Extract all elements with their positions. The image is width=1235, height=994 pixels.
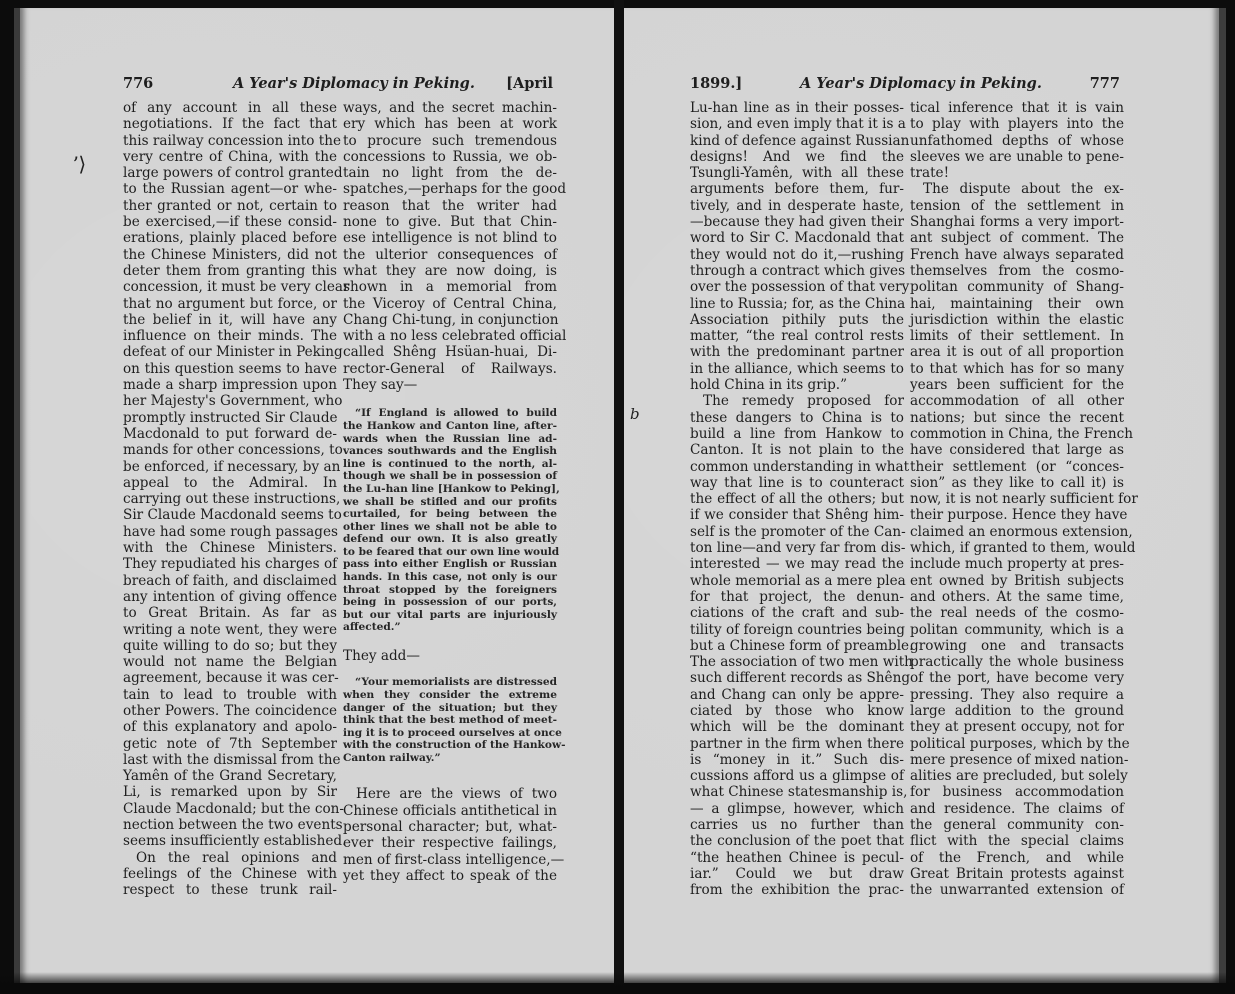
text-line: made a sharp impression upon — [123, 377, 337, 393]
text-line: sion, and even imply that it is a — [690, 116, 904, 132]
text-line: commotion in China, the French — [910, 426, 1124, 442]
text-line: have considered that large as — [910, 442, 1124, 458]
text-line: politan community of Shang- — [910, 279, 1124, 295]
text-line: influence on their minds. The — [123, 328, 337, 344]
text-line: wards when the Russian line ad- — [343, 433, 557, 446]
text-line: none to give. But that Chin- — [343, 214, 557, 230]
text-line: from the exhibition the prac- — [690, 882, 904, 898]
text-line: to Great Britain. As far as — [123, 605, 337, 621]
text-line: their settlement (or “conces- — [910, 459, 1124, 475]
text-line: promptly instructed Sir Claude — [123, 410, 337, 426]
text-line: tical inference that it is vain — [910, 100, 1124, 116]
text-line: they would not do it,—rushing — [690, 247, 904, 263]
text-line: They say— — [343, 377, 557, 393]
text-line: now, it is not nearly sufficient for — [910, 491, 1124, 507]
text-line: the real needs of the cosmo- — [910, 605, 1124, 621]
date-marker: [April — [506, 73, 553, 95]
text-line: rector-General of Railways. — [343, 361, 557, 377]
text-line: their purpose. Hence they have — [910, 507, 1124, 523]
text-line: ciations of the craft and sub- — [690, 605, 904, 621]
paragraph: The dispute about the ex-tension of the … — [910, 181, 1124, 898]
paragraph: On the real opinions andfeelings of the … — [123, 850, 337, 899]
text-line: years been sufficient for the — [910, 377, 1124, 393]
text-line: “the heathen Chinee is pecul- — [690, 850, 904, 866]
text-line: partner in the firm when there — [690, 736, 904, 752]
text-line: reason that the writer had — [343, 198, 557, 214]
text-line: and Chang can only be appre- — [690, 687, 904, 703]
text-line: concession, it must be very clear — [123, 279, 337, 295]
text-line: interested — we may read the — [690, 556, 904, 572]
text-line: hold China in its grip.” — [690, 377, 904, 393]
text-line: Li, is remarked upon by Sir — [123, 784, 337, 800]
paragraph: ways, and the secret machin-ery which ha… — [343, 100, 557, 393]
text-line: The remedy proposed for — [690, 393, 904, 409]
text-line: over the possession of that very — [690, 279, 904, 295]
block-quote: “Your memorialists are distressedwhen th… — [343, 676, 557, 764]
text-line: with the predominant partner — [690, 344, 904, 360]
left-page-column-1: of any account in all thesenegotiations.… — [123, 100, 337, 899]
text-line: ese intelligence is not blind to — [343, 230, 557, 246]
text-line: hai, maintaining their own — [910, 296, 1124, 312]
text-line: in the alliance, which seems to — [690, 361, 904, 377]
text-line: the ulterior consequences of — [343, 247, 557, 263]
text-line: ent owned by British subjects — [910, 573, 1124, 589]
text-line: last with the dismissal from the — [123, 752, 337, 768]
text-line: ery which has been at work — [343, 116, 557, 132]
text-line: to procure such tremendous — [343, 133, 557, 149]
text-line: themselves from the cosmo- — [910, 263, 1124, 279]
text-line: Tsungli-Yamên, with all these — [690, 165, 904, 181]
text-line: Canton. It is not plain to the — [690, 442, 904, 458]
paragraph: They add— — [343, 648, 557, 664]
text-line: tively, and in desperate haste, — [690, 198, 904, 214]
text-line: Yamên of the Grand Secretary, — [123, 768, 337, 784]
block-quote: “If England is allowed to buildthe Hanko… — [343, 407, 557, 634]
text-line: getic note of 7th September — [123, 736, 337, 752]
text-line: be exercised,—if these consid- — [123, 214, 337, 230]
text-line: be enforced, if necessary, by an — [123, 459, 337, 475]
text-line: The dispute about the ex- — [910, 181, 1124, 197]
text-line: of the port, have become very — [910, 670, 1124, 686]
text-line: iar.” Could we but draw — [690, 866, 904, 882]
text-line: ways, and the secret machin- — [343, 100, 557, 116]
text-line: agreement, because it was cer- — [123, 670, 337, 686]
text-line: ever their respective failings, — [343, 835, 557, 851]
text-line: the Viceroy of Central China, — [343, 296, 557, 312]
text-line: nations; but since the recent — [910, 410, 1124, 426]
text-line: limits of their settlement. In — [910, 328, 1124, 344]
text-line: Lu-han line as in their posses- — [690, 100, 904, 116]
text-line: mere presence of mixed nation- — [910, 752, 1124, 768]
text-line: line to Russia; for, as the China — [690, 296, 904, 312]
text-line: defend our own. It is also greatly — [343, 533, 557, 546]
text-line: claimed an enormous extension, — [910, 524, 1124, 540]
text-line: breach of faith, and disclaimed — [123, 573, 337, 589]
text-line: ing it is to proceed ourselves at once — [343, 727, 557, 740]
text-line: political purposes, which by the — [910, 736, 1124, 752]
text-line: ton line—and very far from dis- — [690, 540, 904, 556]
text-line: hands. In this case, not only is our — [343, 571, 557, 584]
text-line: the general community con- — [910, 817, 1124, 833]
page-number: 777 — [1090, 73, 1120, 95]
book-gutter — [614, 0, 624, 994]
text-line: Macdonald to put forward de- — [123, 426, 337, 442]
text-line: seems insufficiently established. — [123, 833, 337, 849]
text-line: mands for other concessions, to — [123, 442, 337, 458]
text-line: tain no light from the de- — [343, 165, 557, 181]
text-line: and residence. The claims of — [910, 801, 1124, 817]
text-line: affected.” — [343, 621, 557, 634]
text-line: personal character; but, what- — [343, 819, 557, 835]
text-line: for that project, the denun- — [690, 589, 904, 605]
text-line: On the real opinions and — [123, 850, 337, 866]
text-line: Sir Claude Macdonald seems to — [123, 507, 337, 523]
margin-pencil-mark: ʼ⟩ — [72, 152, 86, 176]
text-line: tility of foreign countries being — [690, 622, 904, 638]
text-line: arguments before them, fur- — [690, 181, 904, 197]
text-line: any intention of giving offence — [123, 589, 337, 605]
text-line: “If England is allowed to build — [343, 407, 557, 420]
text-line: of the French, and while — [910, 850, 1124, 866]
text-line: growing one and transacts — [910, 638, 1124, 654]
text-line: what Chinese statesmanship is, — [690, 784, 904, 800]
text-line: with the Chinese Ministers. — [123, 540, 337, 556]
text-line: these dangers to China is to — [690, 410, 904, 426]
text-line: They repudiated his charges of — [123, 556, 337, 572]
text-line: yet they affect to speak of the — [343, 868, 557, 884]
text-line: the belief in it, will have any — [123, 312, 337, 328]
text-line: being in possession of our ports, — [343, 596, 557, 609]
text-line: curtailed, for being between the — [343, 508, 557, 521]
text-line: pass into either English or Russian — [343, 558, 557, 571]
text-line: we shall be stifled and our profits — [343, 496, 557, 509]
text-line: men of first-class intelligence,— — [343, 852, 557, 868]
text-line: such different records as Shêng — [690, 670, 904, 686]
text-line: the Hankow and Canton line, after- — [343, 420, 557, 433]
text-line: practically the whole business — [910, 654, 1124, 670]
text-line: writing a note went, they were — [123, 622, 337, 638]
text-line: the Chinese Ministers, did not — [123, 247, 337, 263]
text-line: Great Britain protests against — [910, 866, 1124, 882]
text-line: called Shêng Hsüan-huai, Di- — [343, 344, 557, 360]
text-line: the unwarranted extension of — [910, 882, 1124, 898]
text-line: jurisdiction within the elastic — [910, 312, 1124, 328]
text-line: self is the promoter of the Can- — [690, 524, 904, 540]
text-line: common understanding in what — [690, 459, 904, 475]
text-line: tain to lead to trouble with — [123, 687, 337, 703]
text-line: concessions to Russia, we ob- — [343, 149, 557, 165]
text-line: include much property at pres- — [910, 556, 1124, 572]
text-line: Here are the views of two — [343, 786, 557, 802]
text-line: through a contract which gives — [690, 263, 904, 279]
text-line: other Powers. The coincidence — [123, 703, 337, 719]
margin-pencil-mark: b — [630, 405, 640, 423]
text-line: shown in a memorial from — [343, 279, 557, 295]
text-line: Claude Macdonald; but the con- — [123, 801, 337, 817]
text-line: for business accommodation — [910, 784, 1124, 800]
text-line: to the Russian agent—or whe- — [123, 181, 337, 197]
text-line: which will be the dominant — [690, 719, 904, 735]
text-line: large powers of control granted — [123, 165, 337, 181]
right-page-column-1: Lu-han line as in their posses-sion, and… — [690, 100, 904, 899]
text-line: Association pithily puts the — [690, 312, 904, 328]
text-line: of any account in all these — [123, 100, 337, 116]
left-running-head: 776 A Year's Diplomacy in Peking. [April — [123, 73, 553, 95]
text-line: appeal to the Admiral. In — [123, 475, 337, 491]
text-line: carries us no further than — [690, 817, 904, 833]
text-line: on this question seems to have — [123, 361, 337, 377]
text-line: defeat of our Minister in Peking — [123, 344, 337, 360]
text-line: “Your memorialists are distressed — [343, 676, 557, 689]
text-line: kind of defence against Russian — [690, 133, 904, 149]
text-line: of this explanatory and apolo- — [123, 719, 337, 735]
text-line: The association of two men with — [690, 654, 904, 670]
text-line: ther granted or not, certain to — [123, 198, 337, 214]
text-line: this railway concession into the — [123, 133, 337, 149]
text-line: the conclusion of the poet that — [690, 833, 904, 849]
text-line: when they consider the extreme — [343, 689, 557, 702]
text-line: Canton railway.” — [343, 752, 557, 765]
right-running-head: 1899.] A Year's Diplomacy in Peking. 777 — [690, 73, 1120, 95]
text-line: sion” as they like to call it) is — [910, 475, 1124, 491]
paragraph: Lu-han line as in their posses-sion, and… — [690, 100, 904, 393]
text-line: to play with players into the — [910, 116, 1124, 132]
text-line: though we shall be in possession of — [343, 470, 557, 483]
text-line: large addition to the ground — [910, 703, 1124, 719]
text-line: matter, “the real control rests — [690, 328, 904, 344]
text-line: ant subject of comment. The — [910, 230, 1124, 246]
text-line: pressing. They also require a — [910, 687, 1124, 703]
text-line: very centre of China, with the — [123, 149, 337, 165]
scan-bottom-shadow — [0, 972, 1235, 994]
text-line: alities are precluded, but solely — [910, 768, 1124, 784]
paragraph: tical inference that it is vainto play w… — [910, 100, 1124, 181]
text-line: sleeves we are unable to pene- — [910, 149, 1124, 165]
page-number: 776 — [123, 73, 153, 95]
text-line: word to Sir C. Macdonald that — [690, 230, 904, 246]
text-line: quite willing to do so; but they — [123, 638, 337, 654]
text-line: designs! And we find the — [690, 149, 904, 165]
text-line: vances southwards and the English — [343, 445, 557, 458]
text-line: accommodation of all other — [910, 393, 1124, 409]
text-line: to be feared that our own line would — [343, 546, 557, 559]
paragraph: The remedy proposed forthese dangers to … — [690, 393, 904, 898]
text-line: which, if granted to them, would — [910, 540, 1124, 556]
text-line: but our vital parts are injuriously — [343, 609, 557, 622]
text-line: negotiations. If the fact that — [123, 116, 337, 132]
text-line: flict with the special claims — [910, 833, 1124, 849]
text-line: tension of the settlement in — [910, 198, 1124, 214]
text-line: Shanghai forms a very import- — [910, 214, 1124, 230]
text-line: to that which has for so many — [910, 361, 1124, 377]
text-line: carrying out these instructions, — [123, 491, 337, 507]
text-line: respect to these trunk rail- — [123, 882, 337, 898]
text-line: spatches,—perhaps for the good — [343, 181, 557, 197]
text-line: deter them from granting this — [123, 263, 337, 279]
text-line: have had some rough passages — [123, 524, 337, 540]
text-line: the effect of all the others; but — [690, 491, 904, 507]
text-line: way that line is to counteract — [690, 475, 904, 491]
text-line: with a no less celebrated official — [343, 328, 557, 344]
text-line: the Lu-han line [Hankow to Peking], — [343, 483, 557, 496]
text-line: danger of the situation; but they — [343, 702, 557, 715]
text-line: that no argument but force, or — [123, 296, 337, 312]
text-line: Chang Chi-tung, in conjunction — [343, 312, 557, 328]
text-line: erations, plainly placed before — [123, 230, 337, 246]
text-line: feelings of the Chinese with — [123, 866, 337, 882]
date-marker: 1899.] — [690, 73, 742, 95]
running-title: A Year's Diplomacy in Peking. — [800, 73, 1042, 95]
text-line: if we consider that Shêng him- — [690, 507, 904, 523]
text-line: what they are now doing, is — [343, 263, 557, 279]
text-line: other lines we shall not be able to — [343, 521, 557, 534]
text-line: throat stopped by the foreigners — [343, 584, 557, 597]
text-line: trate! — [910, 165, 1124, 181]
text-line: they at present occupy, not for — [910, 719, 1124, 735]
text-line: ciated by those who know — [690, 703, 904, 719]
paragraph: Here are the views of twoChinese officia… — [343, 786, 557, 884]
text-line: would not name the Belgian — [123, 654, 337, 670]
text-line: nection between the two events — [123, 817, 337, 833]
text-line: think that the best method of meet- — [343, 714, 557, 727]
running-title: A Year's Diplomacy in Peking. — [233, 73, 475, 95]
text-line: her Majesty's Government, who — [123, 393, 337, 409]
text-line: Chinese officials antithetical in — [343, 803, 557, 819]
text-line: unfathomed depths of whose — [910, 133, 1124, 149]
text-line: politan community, which is a — [910, 622, 1124, 638]
text-line: and others. At the same time, — [910, 589, 1124, 605]
text-line: whole memorial as a mere plea — [690, 573, 904, 589]
text-line: —because they had given their — [690, 214, 904, 230]
text-line: cussions afford us a glimpse of — [690, 768, 904, 784]
text-line: is “money in it.” Such dis- — [690, 752, 904, 768]
text-line: — a glimpse, however, which — [690, 801, 904, 817]
text-line: with the construction of the Hankow- — [343, 739, 557, 752]
right-page-column-2: tical inference that it is vainto play w… — [910, 100, 1124, 899]
text-line: area it is out of all proportion — [910, 344, 1124, 360]
text-line: build a line from Hankow to — [690, 426, 904, 442]
paragraph: of any account in all thesenegotiations.… — [123, 100, 337, 850]
text-line: French have always separated — [910, 247, 1124, 263]
text-line: line is continued to the north, al- — [343, 458, 557, 471]
text-line: but a Chinese form of preamble. — [690, 638, 904, 654]
left-page-column-2: ways, and the secret machin-ery which ha… — [343, 100, 557, 884]
